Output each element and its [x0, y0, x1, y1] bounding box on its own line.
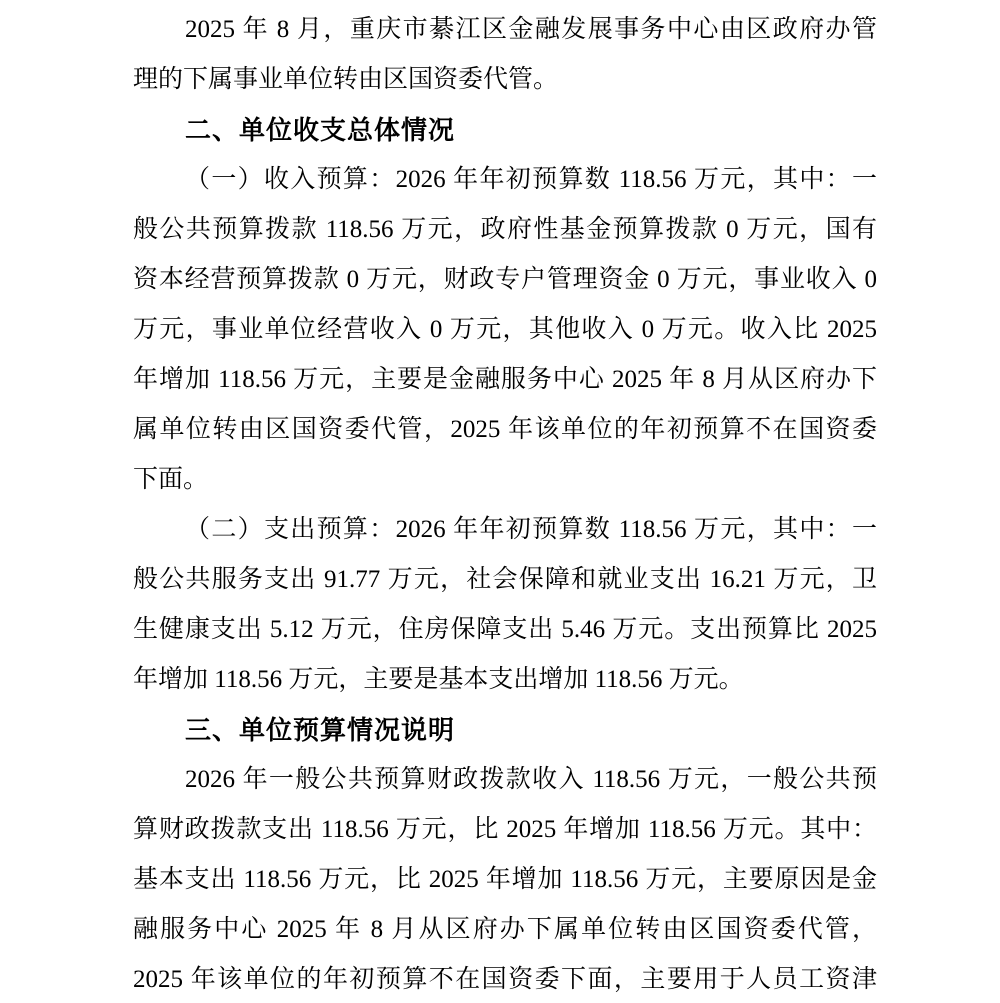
line-text: 算财政拨款支出 118.56 万元，比 2025 年增加 118.56 万元。其…: [133, 816, 877, 843]
body-line: 资本经营预算拨款 0 万元，财政专户管理资金 0 万元，事业收入 0: [133, 255, 877, 305]
body-line: 属单位转由区国资委代管，2025 年该单位的年初预算不在国资委: [133, 405, 877, 455]
section-heading: 二、单位收支总体情况: [133, 105, 877, 155]
line-text: 般公共服务支出 91.77 万元，社会保障和就业支出 16.21 万元，卫: [133, 566, 877, 593]
line-text: 资本经营预算拨款 0 万元，财政专户管理资金 0 万元，事业收入 0: [133, 266, 877, 293]
body-line: 理的下属事业单位转由区国资委代管。: [133, 55, 877, 105]
body-line: 般公共服务支出 91.77 万元，社会保障和就业支出 16.21 万元，卫: [133, 555, 877, 605]
line-text: 二、单位收支总体情况: [185, 115, 455, 145]
body-line: 生健康支出 5.12 万元，住房保障支出 5.46 万元。支出预算比 2025: [133, 605, 877, 655]
body-line: 年增加 118.56 万元，主要是金融服务中心 2025 年 8 月从区府办下: [133, 355, 877, 405]
body-line: 万元，事业单位经营收入 0 万元，其他收入 0 万元。收入比 2025: [133, 305, 877, 355]
line-text: 年增加 118.56 万元，主要是金融服务中心 2025 年 8 月从区府办下: [133, 366, 877, 393]
paragraph-lead: （一）收入预算：: [185, 166, 396, 193]
body-line: 2025 年 8 月，重庆市綦江区金融发展事务中心由区政府办管: [133, 5, 877, 55]
line-text: 属单位转由区国资委代管，2025 年该单位的年初预算不在国资委: [133, 416, 877, 443]
body-line: 般公共预算拨款 118.56 万元，政府性基金预算拨款 0 万元，国有: [133, 205, 877, 255]
line-text: 万元，事业单位经营收入 0 万元，其他收入 0 万元。收入比 2025: [133, 316, 877, 343]
body-line: 融服务中心 2025 年 8 月从区府办下属单位转由区国资委代管，: [133, 905, 877, 955]
document-page: 2025 年 8 月，重庆市綦江区金融发展事务中心由区政府办管理的下属事业单位转…: [0, 0, 1000, 1003]
line-text: 2026 年年初预算数 118.56 万元，其中：一: [396, 166, 877, 193]
line-text: 基本支出 118.56 万元，比 2025 年增加 118.56 万元，主要原因…: [133, 866, 877, 893]
body-line: （一）收入预算：2026 年年初预算数 118.56 万元，其中：一: [133, 155, 877, 205]
body-line: 2026 年一般公共预算财政拨款收入 118.56 万元，一般公共预: [133, 755, 877, 805]
line-text: 2025 年 8 月，重庆市綦江区金融发展事务中心由区政府办管: [185, 16, 877, 43]
section-heading: 三、单位预算情况说明: [133, 705, 877, 755]
line-text: 生健康支出 5.12 万元，住房保障支出 5.46 万元。支出预算比 2025: [133, 616, 877, 643]
line-text: 融服务中心 2025 年 8 月从区府办下属单位转由区国资委代管，: [133, 916, 877, 943]
body-line: 2025 年该单位的年初预算不在国资委下面，主要用于人员工资津: [133, 955, 877, 1003]
line-text: 2025 年该单位的年初预算不在国资委下面，主要用于人员工资津: [133, 966, 877, 993]
line-text: 年增加 118.56 万元，主要是基本支出增加 118.56 万元。: [133, 666, 744, 693]
body-line: 算财政拨款支出 118.56 万元，比 2025 年增加 118.56 万元。其…: [133, 805, 877, 855]
body-line: （二）支出预算：2026 年年初预算数 118.56 万元，其中：一: [133, 505, 877, 555]
body-line: 年增加 118.56 万元，主要是基本支出增加 118.56 万元。: [133, 655, 877, 705]
line-text: 三、单位预算情况说明: [185, 715, 455, 745]
text-block: 2025 年 8 月，重庆市綦江区金融发展事务中心由区政府办管理的下属事业单位转…: [133, 5, 877, 1003]
line-text: 2026 年年初预算数 118.56 万元，其中：一: [396, 516, 877, 543]
body-line: 基本支出 118.56 万元，比 2025 年增加 118.56 万元，主要原因…: [133, 855, 877, 905]
paragraph-lead: （二）支出预算：: [185, 516, 396, 543]
line-text: 般公共预算拨款 118.56 万元，政府性基金预算拨款 0 万元，国有: [133, 216, 877, 243]
body-line: 下面。: [133, 455, 877, 505]
line-text: 下面。: [133, 466, 208, 493]
line-text: 2026 年一般公共预算财政拨款收入 118.56 万元，一般公共预: [185, 766, 877, 793]
line-text: 理的下属事业单位转由区国资委代管。: [133, 66, 558, 93]
